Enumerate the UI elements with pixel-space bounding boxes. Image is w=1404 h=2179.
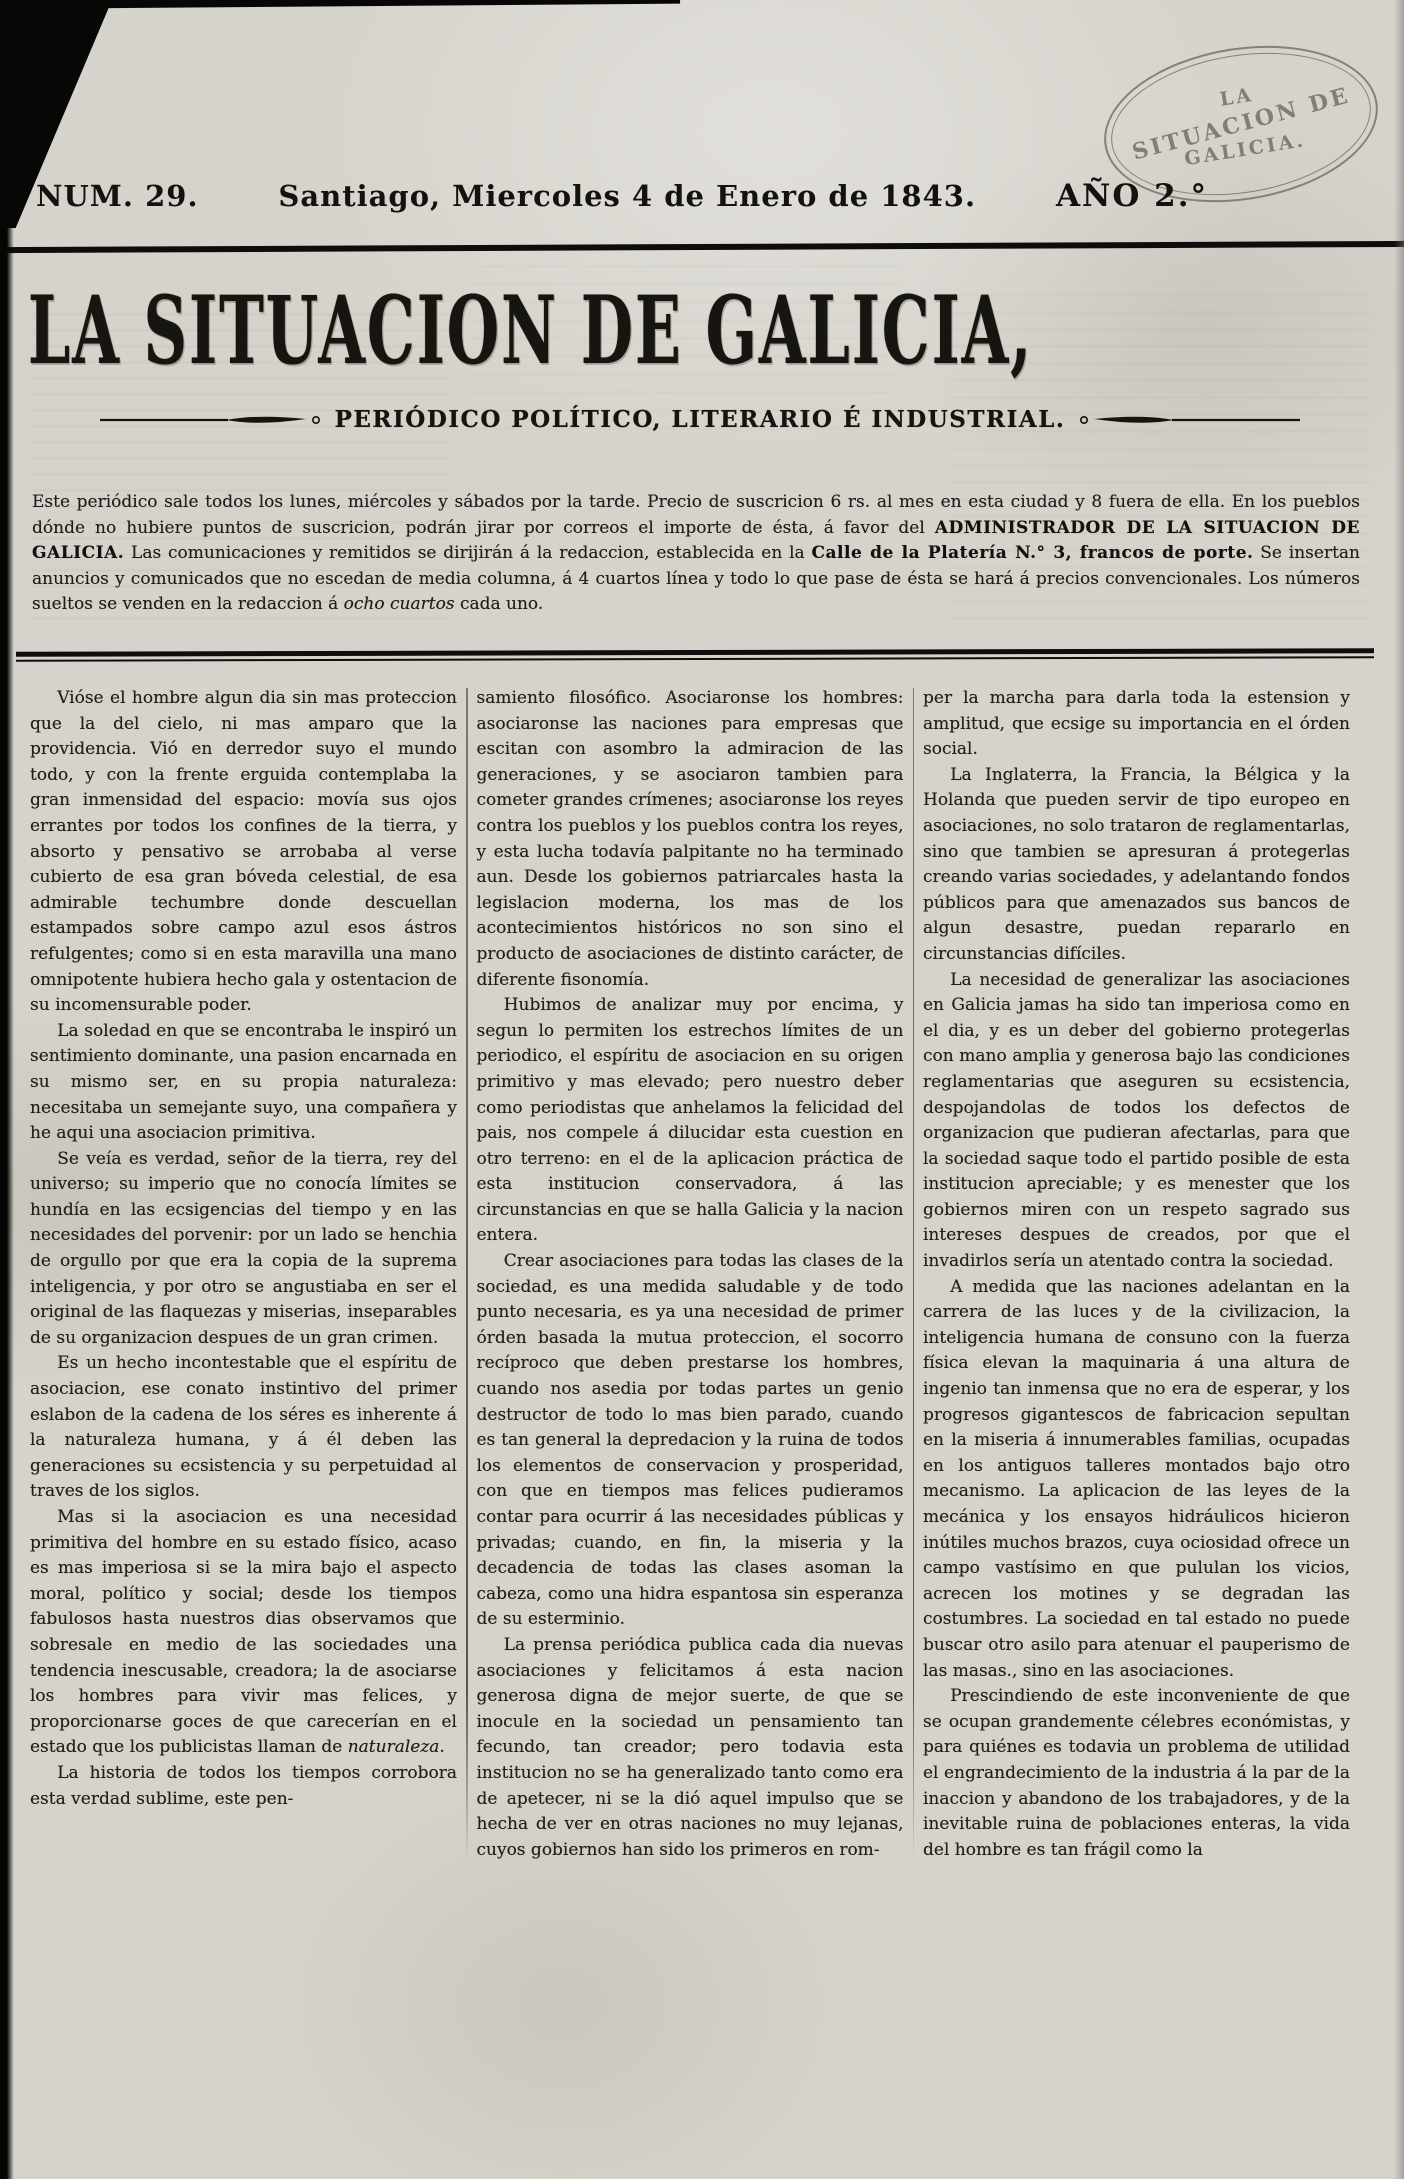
article-paragraph: Se veía es verdad, señor de la tierra, r… (30, 1147, 457, 1352)
column-divider (913, 688, 915, 1863)
dateline: Santiago, Miercoles 4 de Enero de 1843. (278, 179, 976, 213)
notice-text: cada uno. (455, 594, 544, 614)
article-paragraph: Es un hecho incontestable que el espírit… (30, 1351, 457, 1505)
article-paragraph: per la marcha para darla toda la estensi… (923, 686, 1350, 763)
naturaleza-italic: naturaleza (348, 1737, 440, 1757)
article-paragraph: La historia de todos los tiempos corrobo… (30, 1761, 457, 1812)
flourish-right (1075, 413, 1300, 427)
edge-shadow-right (1394, 0, 1404, 2179)
article-paragraph: Hubimos de analizar muy por encima, y se… (477, 993, 904, 1249)
paragraph-text: . (439, 1737, 444, 1757)
article-paragraph: La prensa periódica publica cada dia nue… (477, 1633, 904, 1863)
masthead-subtitle: PERIÓDICO POLÍTICO, LITERARIO É INDUSTRI… (335, 406, 1066, 433)
article-columns: Vióse el hombre algun dia sin mas protec… (30, 686, 1350, 1863)
newspaper-page: LA SITUACION DE GALICIA. NUM. 29. Santia… (0, 0, 1404, 2179)
column-1: Vióse el hombre algun dia sin mas protec… (30, 686, 457, 1863)
paragraph-text: Mas si la asociacion es una necesidad pr… (30, 1507, 457, 1757)
flourish-left (100, 413, 325, 427)
article-paragraph: La necesidad de generalizar las asociaci… (923, 968, 1350, 1275)
article-paragraph: Prescindiendo de este inconveniente de q… (923, 1684, 1350, 1863)
article-paragraph: Mas si la asociacion es una necesidad pr… (30, 1505, 457, 1761)
header-rule (0, 241, 1404, 253)
notice-address-bold: Calle de la Platería N.° 3, francos de p… (811, 543, 1253, 563)
masthead-title: LA SITUACION DE GALICIA, (28, 276, 1033, 386)
subscription-notice: Este periódico sale todos los lunes, mié… (32, 490, 1360, 618)
column-divider (466, 688, 468, 1863)
section-divider (16, 648, 1374, 662)
notice-text: Las comunicaciones y remitidos se diriji… (124, 543, 811, 563)
issue-header: NUM. 29. Santiago, Miercoles 4 de Enero … (36, 178, 1208, 214)
binding-shadow-left (0, 0, 14, 2179)
column-3: per la marcha para darla toda la estensi… (923, 686, 1350, 1863)
article-paragraph: La soledad en que se encontraba le inspi… (30, 1019, 457, 1147)
issue-number: NUM. 29. (36, 179, 199, 213)
article-paragraph: samiento filosófico. Asociaronse los hom… (477, 686, 904, 993)
divider-thick-line (16, 648, 1374, 657)
divider-thin-line (16, 656, 1374, 662)
article-paragraph: A medida que las naciones adelantan en l… (923, 1275, 1350, 1685)
article-paragraph: Vióse el hombre algun dia sin mas protec… (30, 686, 457, 1019)
notice-price-italic: ocho cuartos (344, 594, 455, 614)
article-paragraph: Crear asociaciones para todas las clases… (477, 1249, 904, 1633)
article-paragraph: La Inglaterra, la Francia, la Bélgica y … (923, 763, 1350, 968)
column-2: samiento filosófico. Asociaronse los hom… (477, 686, 904, 1863)
subtitle-row: PERIÓDICO POLÍTICO, LITERARIO É INDUSTRI… (110, 406, 1290, 433)
year-label: AÑO 2.° (1056, 178, 1208, 214)
